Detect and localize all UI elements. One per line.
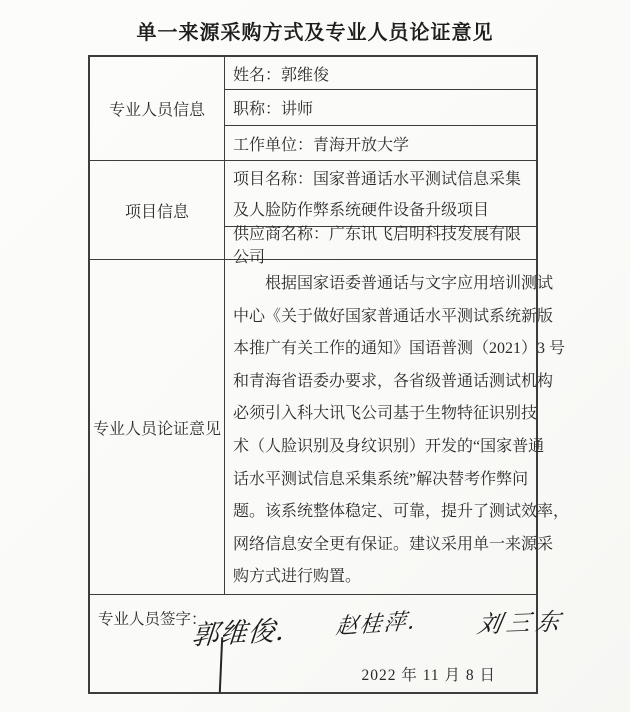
opinion-line: 根据国家语委普通话与文字应用培训测试 <box>233 268 569 301</box>
opinion-label: 专业人员论证意见 <box>90 260 225 594</box>
personnel-name-cell: 姓名：郭维俊 <box>225 57 536 90</box>
signature-label: 专业人员签字： <box>98 607 207 629</box>
opinion-line: 话水平测试信息采集系统”解决替考作弊问 <box>233 464 569 497</box>
opinion-line: 网络信息安全更有保证。建议采用单一来源采 <box>233 529 569 562</box>
opinion-line: 题。该系统整体稳定、可靠，提升了测试效率， <box>233 496 569 529</box>
opinion-line: 术（人脸识别及身纹识别）开发的“国家普通 <box>233 431 569 464</box>
handwritten-signature-3: 刘三东 <box>475 601 568 639</box>
project-info-values: 项目名称：国家普通话水平测试信息采集及人脸防作弊系统硬件设备升级项目 供应商名称… <box>225 161 536 259</box>
opinion-row: 专业人员论证意见 根据国家语委普通话与文字应用培训测试 中心《关于做好国家普通话… <box>90 260 536 595</box>
document-title: 单一来源采购方式及专业人员论证意见 <box>0 16 630 45</box>
opinion-text: 根据国家语委普通话与文字应用培训测试 中心《关于做好国家普通话水平测试系统新版 … <box>225 260 575 594</box>
project-info-row: 项目信息 项目名称：国家普通话水平测试信息采集及人脸防作弊系统硬件设备升级项目 … <box>90 161 536 260</box>
opinion-line: 和青海省语委办要求，各省级普通话测试机构 <box>233 366 569 399</box>
opinion-line: 中心《关于做好国家普通话水平测试系统新版 <box>233 301 569 334</box>
scanned-document-page: 单一来源采购方式及专业人员论证意见 专业人员信息 姓名：郭维俊 职称：讲师 工作… <box>0 0 630 712</box>
opinion-line: 本推广有关工作的通知》国语普测（2021）3 号 <box>233 333 569 366</box>
verification-table: 专业人员信息 姓名：郭维俊 职称：讲师 工作单位：青海开放大学 项目信息 项目名… <box>88 55 538 694</box>
supplier-name-cell: 供应商名称：广东讯飞启明科技发展有限公司 <box>225 227 536 260</box>
signature-date: 2022 年 11 月 8 日 <box>361 663 496 685</box>
personnel-workunit-cell: 工作单位：青海开放大学 <box>225 126 536 161</box>
handwritten-signature-2: 赵桂萍. <box>334 604 418 641</box>
project-name-cell: 项目名称：国家普通话水平测试信息采集及人脸防作弊系统硬件设备升级项目 <box>225 161 536 227</box>
personnel-info-label: 专业人员信息 <box>90 57 225 160</box>
opinion-line: 购方式进行购置。 <box>233 561 569 594</box>
personnel-title-cell: 职称：讲师 <box>225 90 536 126</box>
opinion-line: 必须引入科大讯飞公司基于生物特征识别技 <box>233 398 569 431</box>
personnel-info-row: 专业人员信息 姓名：郭维俊 职称：讲师 工作单位：青海开放大学 <box>90 57 536 161</box>
personnel-info-values: 姓名：郭维俊 职称：讲师 工作单位：青海开放大学 <box>225 57 536 160</box>
opinion-values: 根据国家语委普通话与文字应用培训测试 中心《关于做好国家普通话水平测试系统新版 … <box>225 260 575 594</box>
handwritten-signature-1: 郭维俊. <box>190 608 287 652</box>
signature-area: 专业人员签字： 郭维俊. 赵桂萍. 刘三东 2022 年 11 月 8 日 <box>90 595 536 692</box>
project-info-label: 项目信息 <box>90 161 225 259</box>
signature-row: 专业人员签字： 郭维俊. 赵桂萍. 刘三东 2022 年 11 月 8 日 <box>90 595 536 692</box>
